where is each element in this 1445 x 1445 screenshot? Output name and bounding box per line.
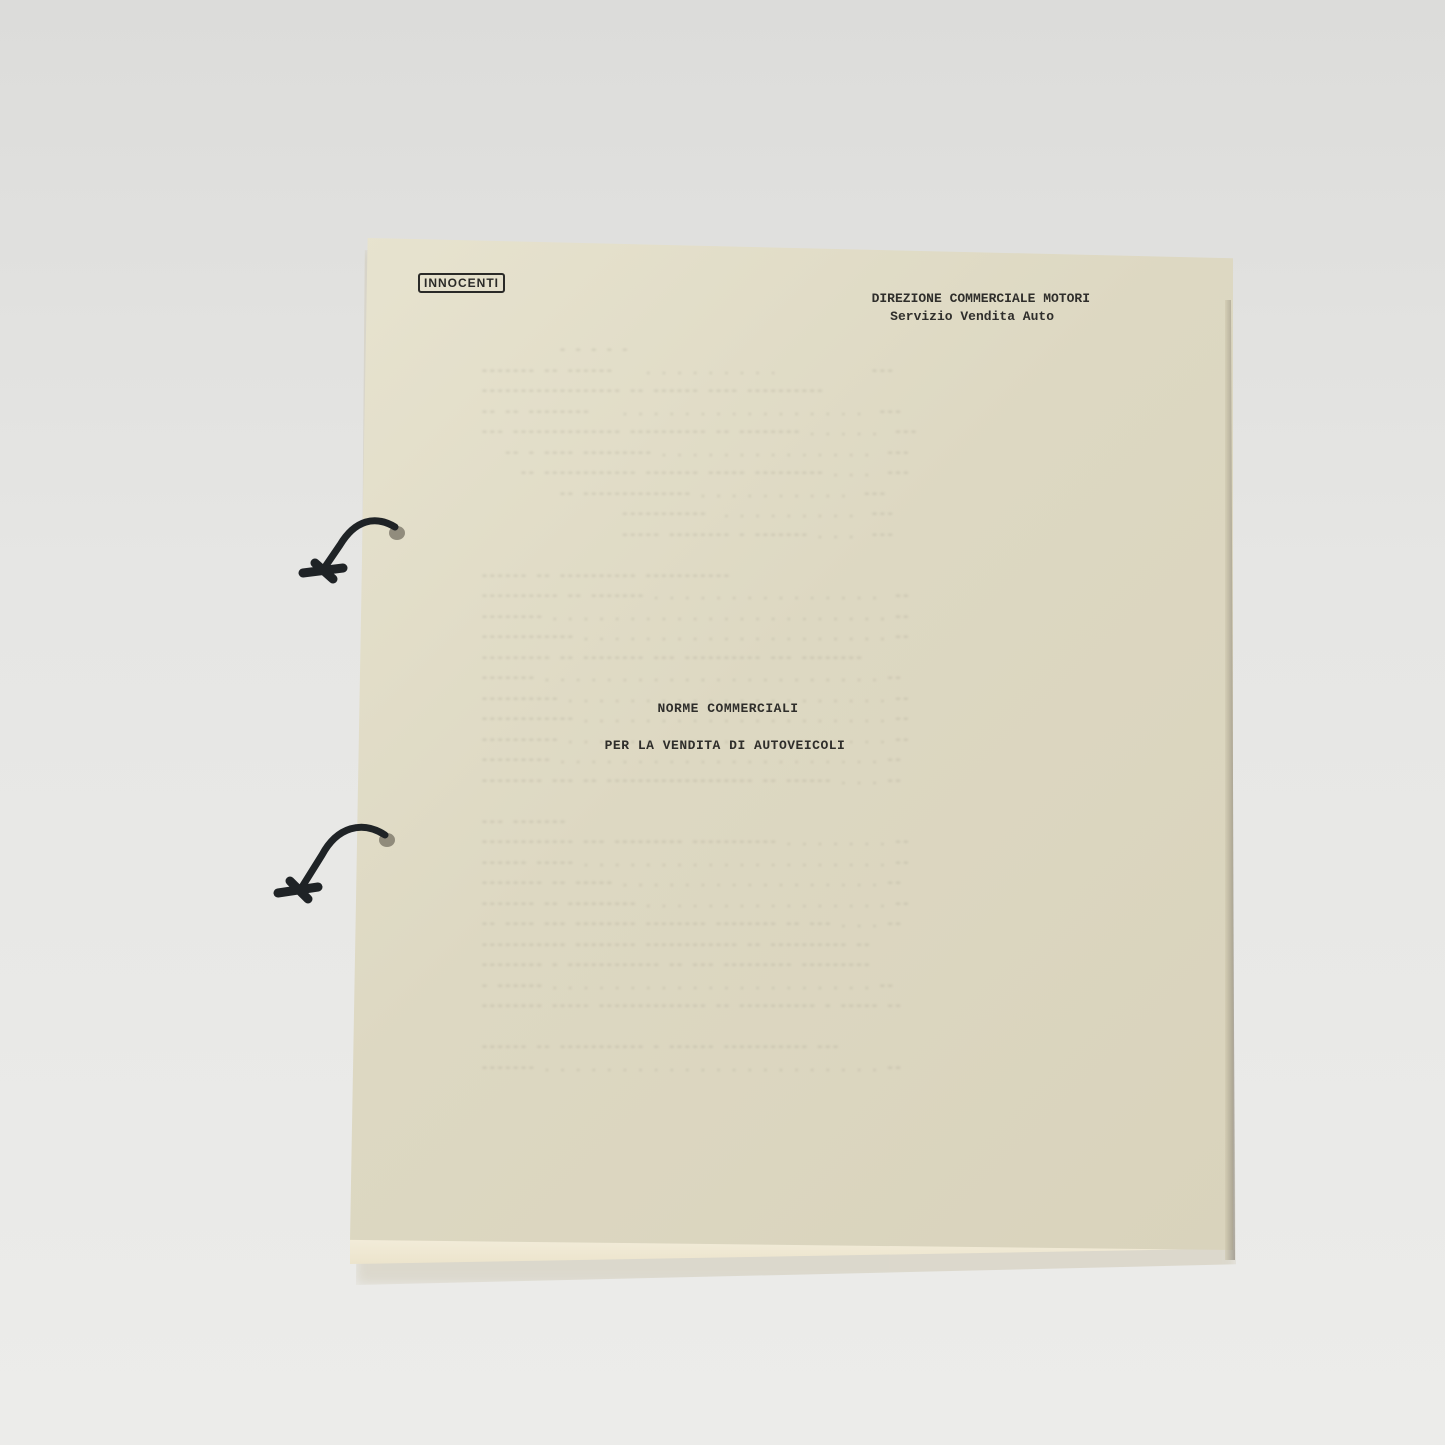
header-line-2: Servizio Vendita Auto bbox=[790, 308, 1090, 326]
document-title-line-2: PER LA VENDITA DI AUTOVEICOLI bbox=[505, 738, 945, 753]
binding-ring-top bbox=[285, 505, 415, 585]
document-title-line-1: NORME COMMERCIALI bbox=[508, 701, 948, 716]
header-line-1: DIREZIONE COMMERCIALE MOTORI bbox=[790, 290, 1090, 308]
innocenti-logo: INNOCENTI bbox=[418, 273, 505, 293]
binding-ring-bottom bbox=[262, 815, 402, 915]
document-header: DIREZIONE COMMERCIALE MOTORI Servizio Ve… bbox=[790, 290, 1090, 326]
page-right-edge-shadow bbox=[1225, 300, 1235, 1260]
